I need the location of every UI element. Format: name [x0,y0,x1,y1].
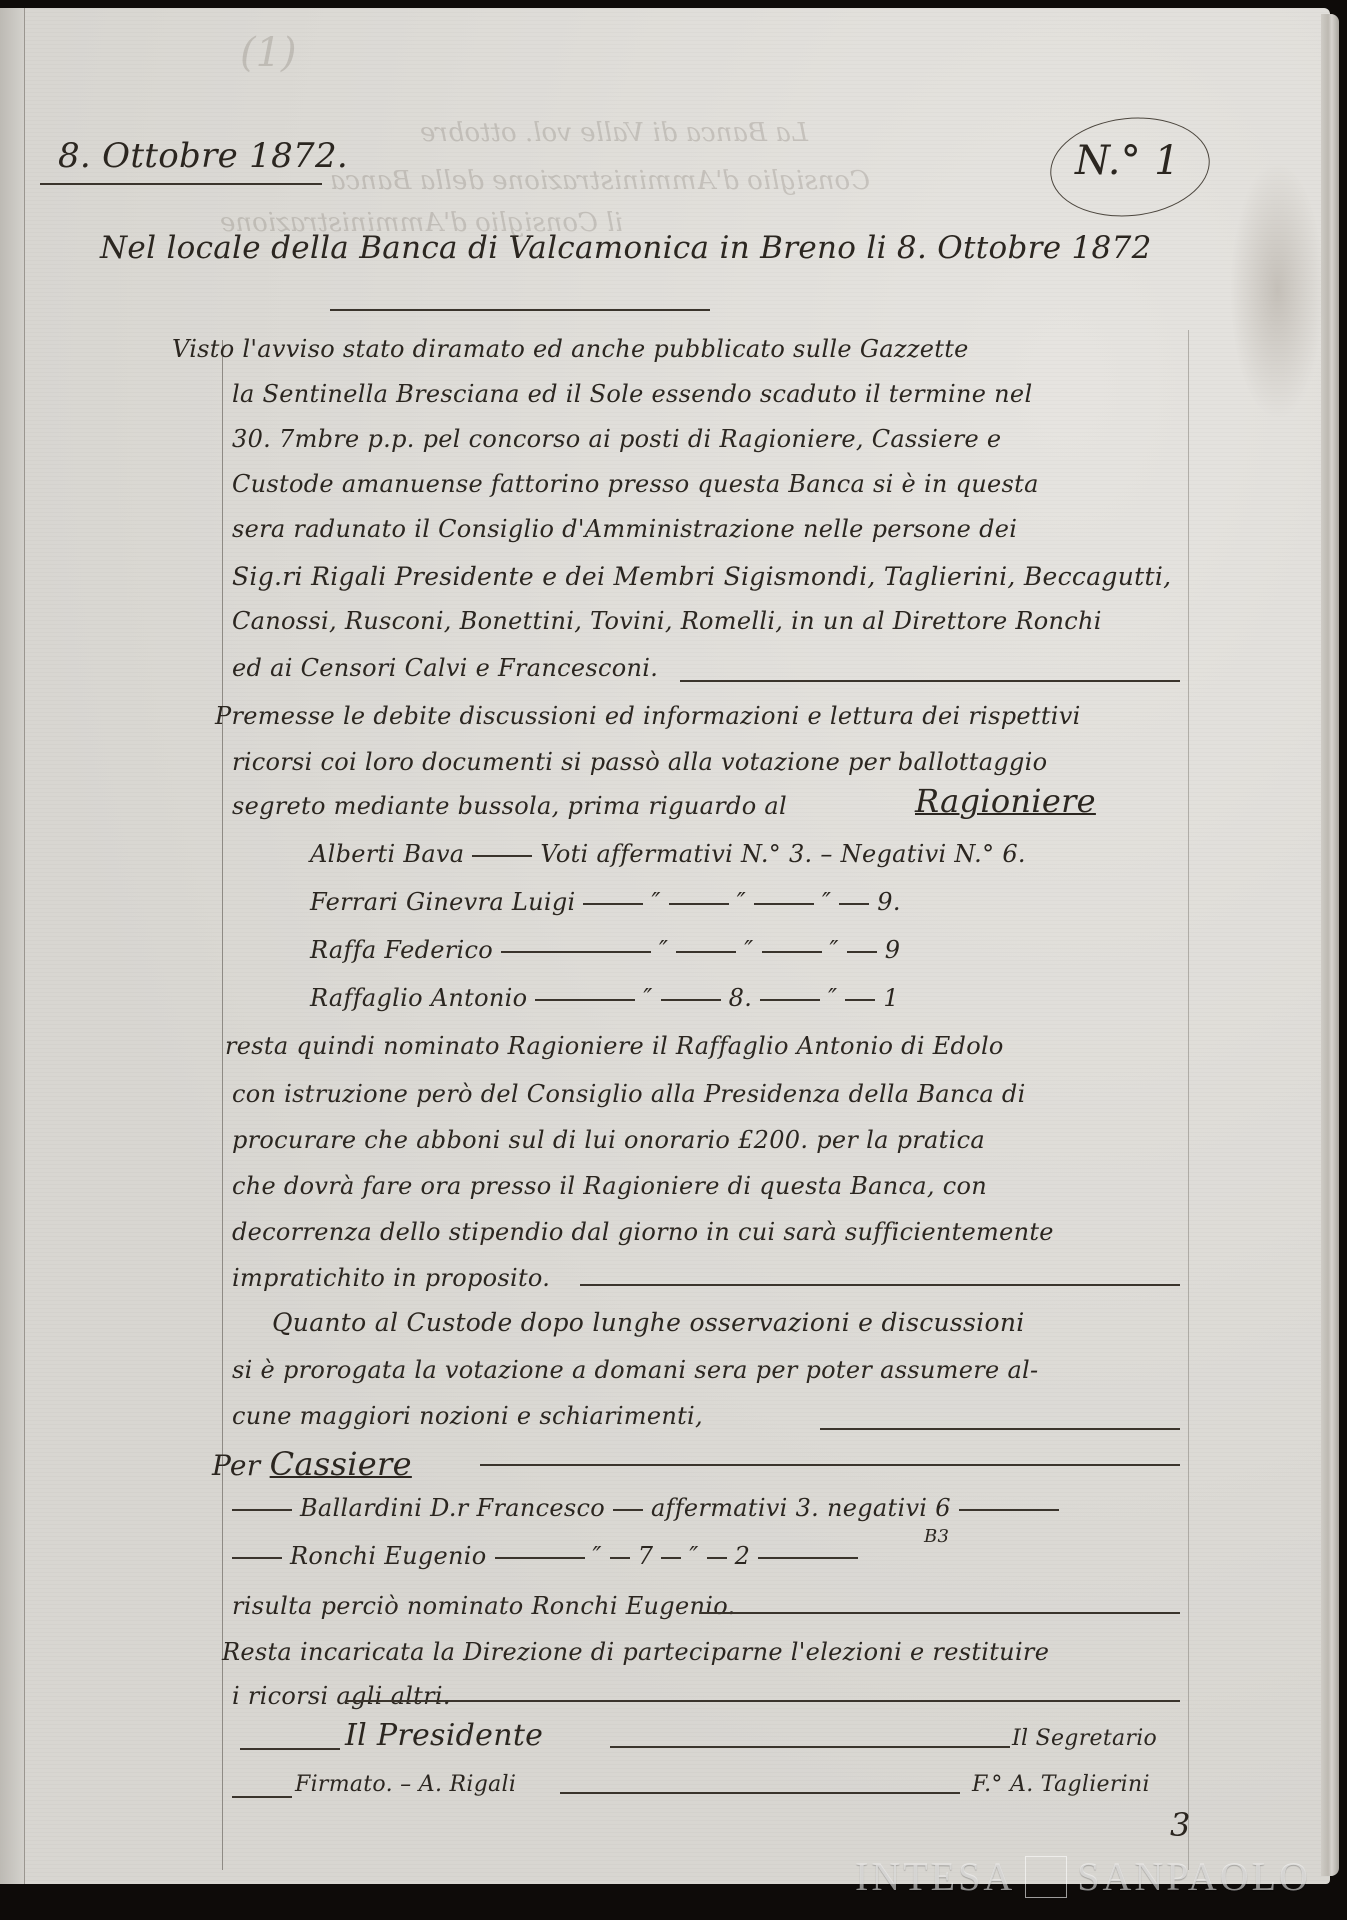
book-gutter [0,8,25,1884]
closing-line: Resta incaricata la Direzione di parteci… [222,1638,1049,1666]
ditto-mark: ″ [593,1542,602,1570]
line-filler [560,1792,960,1794]
body-line: Premesse le debite discussioni ed inform… [215,702,1081,730]
body-line: Visto l'avviso stato diramato ed anche p… [172,335,969,363]
ditto-mark: ″ [828,984,837,1012]
affirmative-votes: Voti affermativi N.° 3. [540,840,812,868]
negative-votes: 9. [877,888,901,916]
ragioniere-heading: Ragioniere [915,782,1096,820]
body-line: Canossi, Rusconi, Bonettini, Tovini, Rom… [232,607,1102,635]
affirmative-votes: 3. [796,1494,820,1522]
line-filler [240,1748,340,1750]
line-filler [680,680,1180,682]
ditto-mark: ″ [689,1542,698,1570]
vote-row: Alberti BavaVoti affermativi N.° 3. – Ne… [310,840,1026,868]
body-line: sera radunato il Consiglio d'Amministraz… [232,515,1017,543]
right-margin-rule [1188,330,1189,1870]
candidate-name: Ronchi Eugenio [290,1542,487,1570]
line-filler [610,1746,1010,1748]
ditto-mark: ″ [651,888,660,916]
body-line: Sig.ri Rigali Presidente e dei Membri Si… [232,562,1171,591]
result-line: decorrenza dello stipendio dal giorno in… [232,1218,1054,1246]
body-line: 30. 7mbre p.p. pel concorso ai posti di … [232,425,1001,453]
heading-underline [330,309,710,311]
body-line: segreto mediante bussola, prima riguardo… [232,792,787,820]
vote-row: Ferrari Ginevra Luigi″″″9. [310,888,901,916]
ditto-mark: ″ [659,936,668,964]
ditto-mark: ″ [643,984,652,1012]
negative-votes: 9 [885,936,901,964]
result-line: con istruzione però del Consiglio alla P… [232,1080,1026,1108]
vote-row: Raffa Federico″″″9 [310,936,900,964]
watermark-right: SANPAOLO [1077,1854,1311,1899]
bleed-through-text: La Banca di Valle vol. ottobre [420,118,808,148]
body-line: Custode amanuense fattorino presso quest… [232,470,1039,498]
body-line: ricorsi coi loro documenti si passò alla… [232,748,1047,776]
watermark-logo-icon [1025,1856,1067,1898]
secretary-title: Il Segretario [1012,1726,1157,1751]
paper-stain [1230,160,1325,420]
closing-line: risulta perciò nominato Ronchi Eugenio. [232,1592,735,1620]
result-line: che dovrà fare ora presso il Ragioniere … [232,1172,987,1200]
watermark-left: INTESA [855,1854,1015,1899]
entry-number: N.° 1 [1075,138,1180,184]
ditto-mark: ″ [830,936,839,964]
candidate-name: Ballardini D.r Francesco [300,1494,605,1522]
closing-line: i ricorsi agli altri. [232,1682,451,1710]
ditto-mark: ″ [822,888,831,916]
candidate-name: Raffaglio Antonio [310,984,527,1012]
bleed-through-text: Consiglio d'Amministrazione della Banca [330,166,870,196]
affirmative-votes: ″ [744,936,753,964]
line-filler [700,1612,1180,1614]
president-title: Il Presidente [345,1718,543,1753]
affirmative-votes: 8. [729,984,753,1012]
secretary-signature: F.° A. Taglierini [972,1772,1150,1797]
custode-line: cune maggiori nozioni e schiarimenti, [232,1402,703,1430]
custode-line: Quanto al Custode dopo lunghe osservazio… [272,1308,1025,1337]
vote-row: Raffaglio Antonio″8.″1 [310,984,899,1012]
page-mark: 3 [1170,1806,1191,1844]
negative-votes: 6 [935,1494,951,1522]
negative-votes: Negativi N.° 6. [841,840,1026,868]
affirmative-label: affermativi [651,1494,788,1522]
line-filler [480,1464,1180,1466]
line-filler [580,1284,1180,1286]
president-signature: Firmato. – A. Rigali [295,1772,516,1797]
result-line: procurare che abboni sul di lui onorario… [232,1126,985,1154]
body-line: ed ai Censori Calvi e Francesconi. [232,654,658,682]
intesa-sanpaolo-watermark: INTESASANPAOLO [855,1853,1311,1902]
candidate-name: Raffa Federico [310,936,493,964]
entry-date: 8. Ottobre 1872. [58,136,348,176]
vote-row: Ballardini D.r Francescoaffermativi 3. n… [232,1494,1067,1522]
cassiere-title: Cassiere [270,1445,412,1483]
line-filler [820,1428,1180,1430]
location-line: Nel locale della Banca di Valcamonica in… [100,230,1152,266]
candidate-name: Ferrari Ginevra Luigi [310,888,575,916]
date-underline [40,183,322,185]
affirmative-votes: ″ [737,888,746,916]
negative-votes: 2 [735,1542,751,1570]
affirmative-votes: 7 [638,1542,654,1570]
top-margin-mark: (1) [240,30,297,76]
vote-row: Ronchi Eugenio″7″2 [232,1542,866,1570]
cassiere-prefix: Per [212,1449,260,1482]
line-filler [345,1700,1180,1702]
candidate-name: Alberti Bava [310,840,464,868]
custode-line: si è prorogata la votazione a domani ser… [232,1356,1038,1384]
line-filler [232,1796,292,1798]
body-line: la Sentinella Bresciana ed il Sole essen… [232,380,1032,408]
result-line: resta quindi nominato Ragioniere il Raff… [225,1032,1004,1060]
negative-label: negativi [827,1494,927,1522]
result-line: impratichito in proposito. [232,1264,550,1292]
cassiere-heading: Per Cassiere [212,1445,412,1483]
negative-votes: 1 [883,984,899,1012]
interlinear-note: B3 [924,1526,949,1547]
